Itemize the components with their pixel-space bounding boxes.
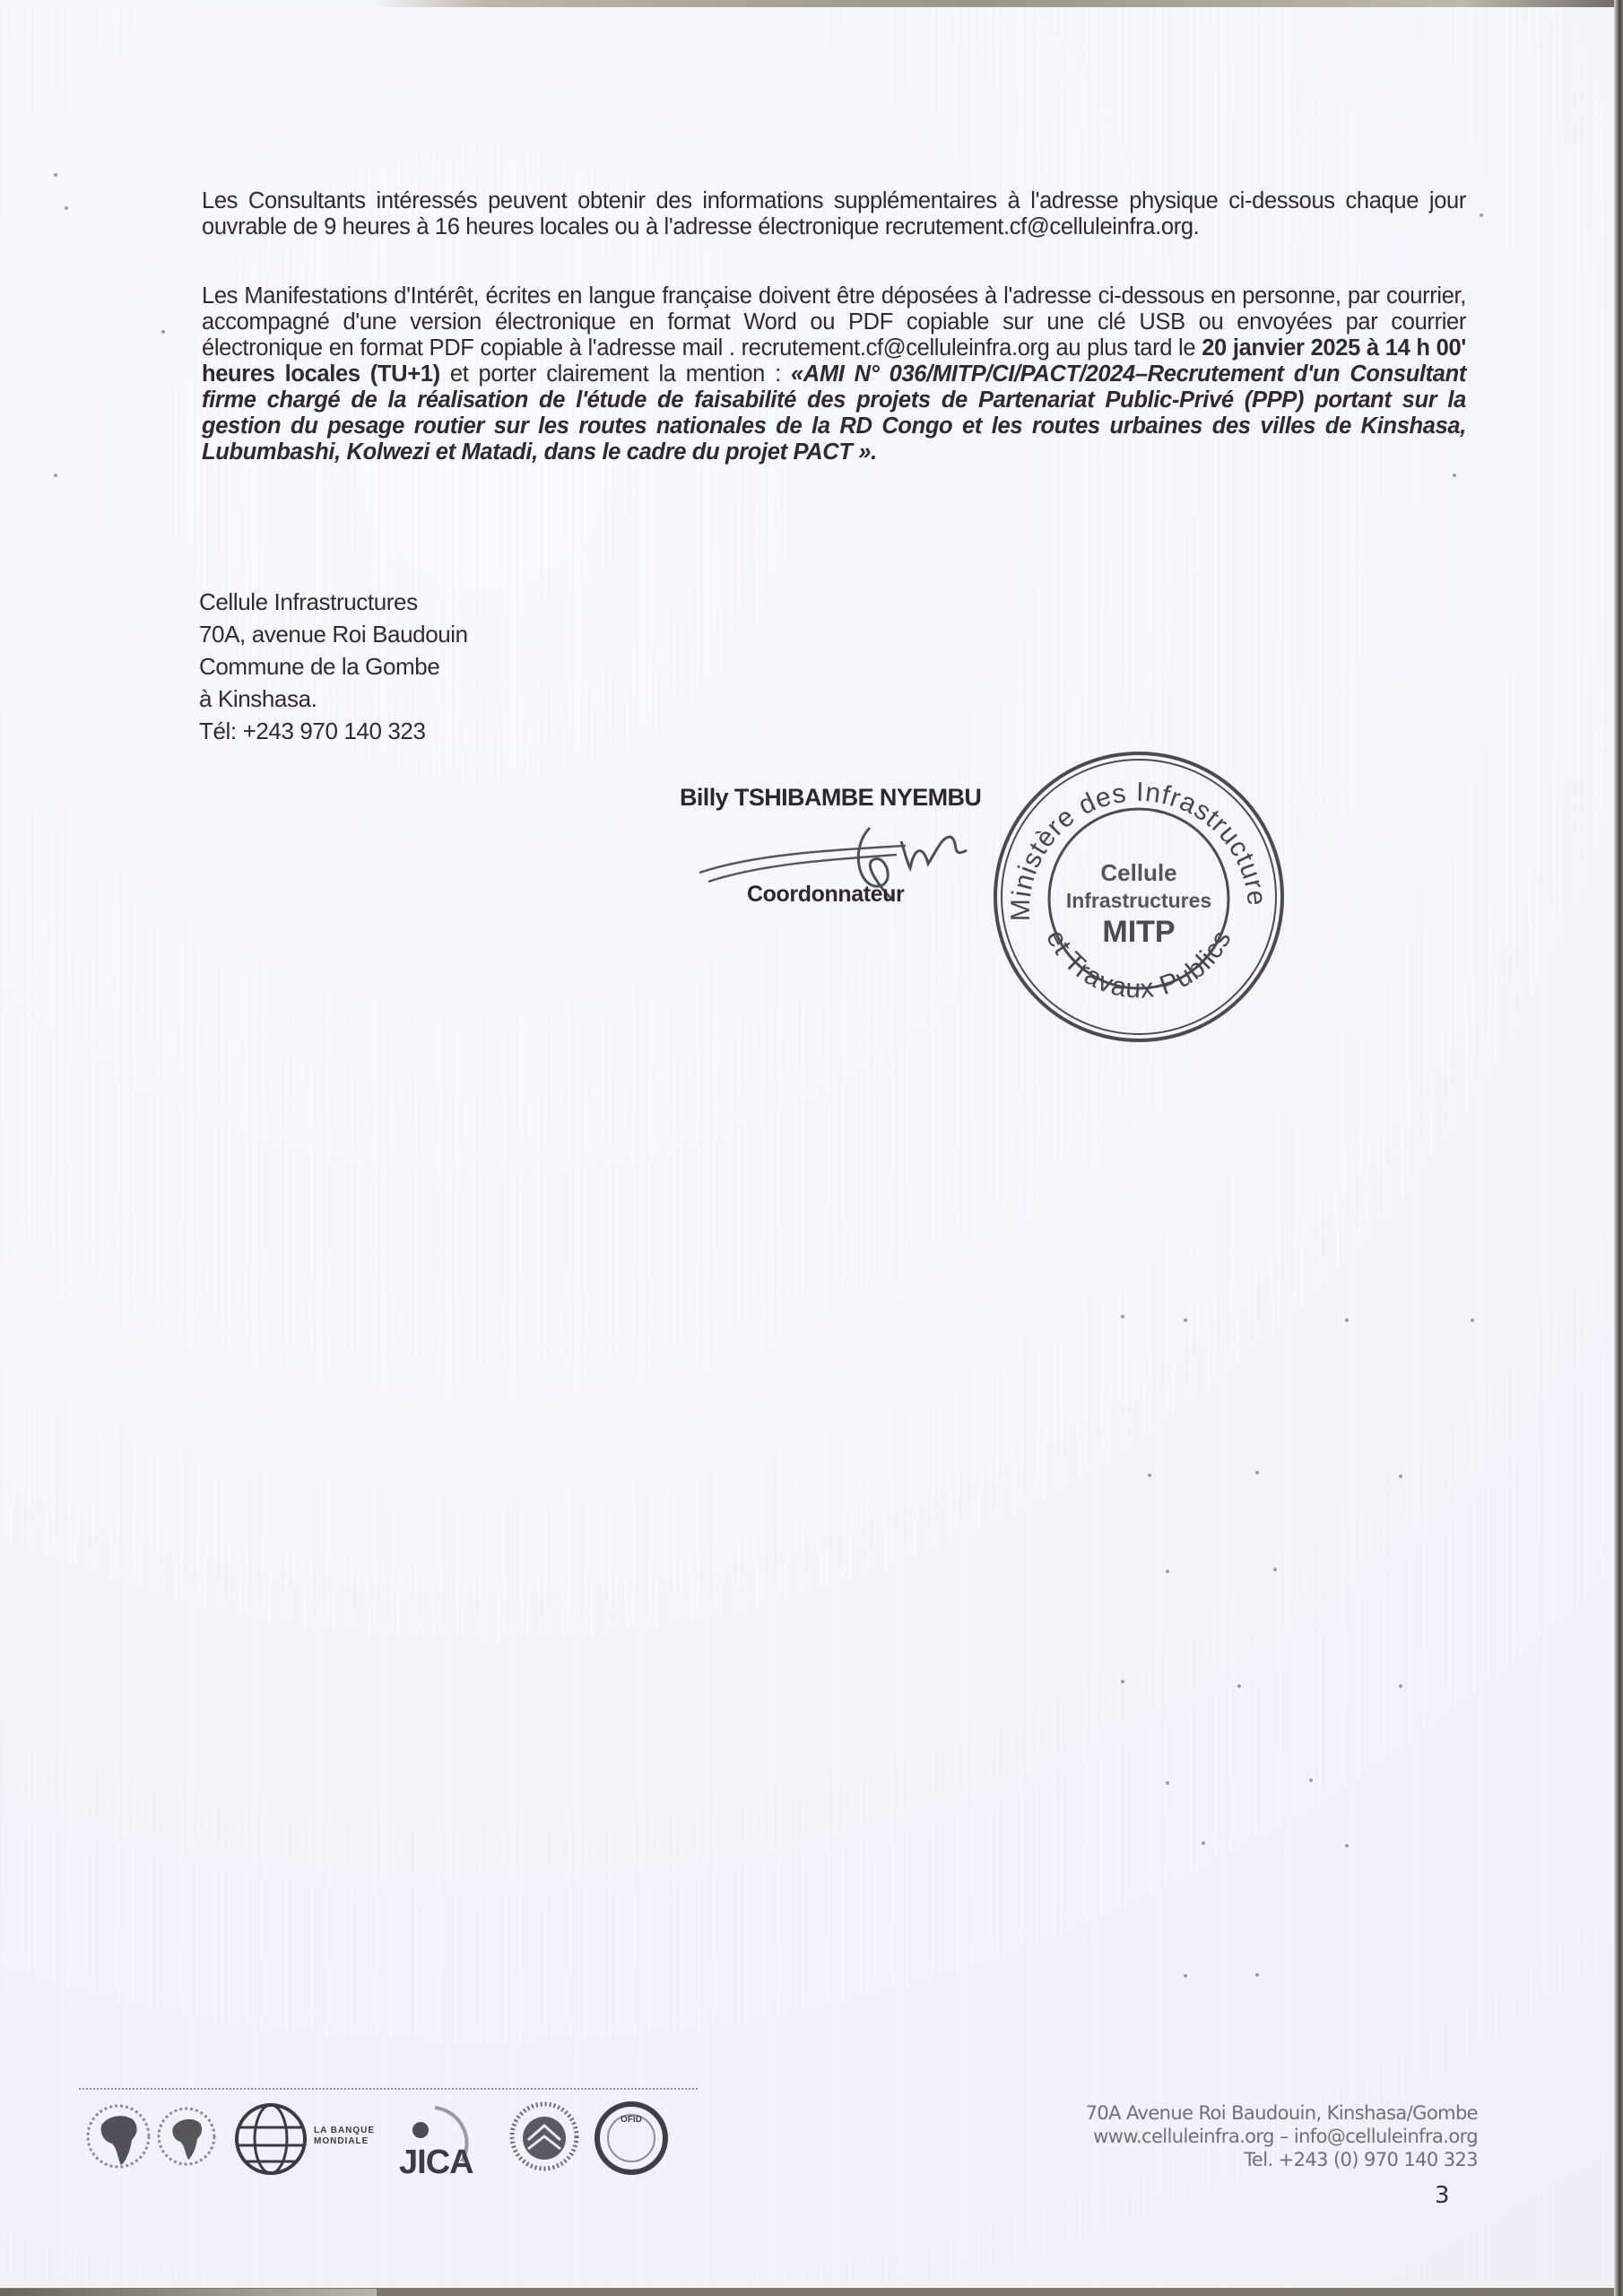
address-block: Cellule Infrastructures 70A, avenue Roi … (199, 586, 468, 747)
address-phone: Tél: +243 970 140 323 (199, 715, 468, 747)
stamp-inner-line-1: Cellule (1100, 859, 1176, 886)
footer-address: 70A Avenue Roi Baudouin, Kinshasa/Gombe (1086, 2101, 1478, 2125)
scan-bottom-edge (0, 2289, 377, 2296)
address-line: Commune de la Gombe (199, 650, 468, 683)
address-line: 70A, avenue Roi Baudouin (199, 618, 468, 650)
address-line: Cellule Infrastructures (199, 586, 468, 618)
page-number: 3 (1435, 2182, 1450, 2209)
footer-web-email: www.celluleinfra.org – info@celluleinfra… (1086, 2125, 1478, 2148)
footer-phone: Tel. +243 (0) 970 140 323 (1086, 2148, 1478, 2171)
african-development-fund-logo (155, 2099, 218, 2179)
signatory-title: Coordonnateur (747, 882, 904, 908)
stamp-inner-line-2: Infrastructures (1066, 889, 1211, 912)
world-bank-logo (230, 2099, 316, 2179)
document-page: Les Consultants intéressés peuvent obten… (0, 7, 1614, 2288)
submission-middle: et porter clairement la mention : (440, 361, 791, 387)
address-line: à Kinshasa. (199, 683, 468, 715)
badea-logo (507, 2099, 583, 2179)
african-development-bank-logo (85, 2099, 152, 2179)
footer-contact: 70A Avenue Roi Baudouin, Kinshasa/Gombe … (1086, 2101, 1478, 2171)
jica-label: JICA (399, 2144, 473, 2182)
stamp-inner-line-3: MITP (1102, 915, 1175, 949)
footer-divider (79, 2088, 698, 2090)
scan-right-edge (1614, 0, 1623, 2296)
svg-text:OFID: OFID (621, 2115, 642, 2125)
world-bank-label: LA BANQUE MONDIALE (314, 2126, 375, 2147)
partner-logos: LA BANQUE MONDIALE JICA OFID (85, 2099, 677, 2188)
opec-fund-logo: OFID (592, 2099, 673, 2179)
info-paragraph: Les Consultants intéressés peuvent obten… (202, 188, 1466, 240)
submission-paragraph: Les Manifestations d'Intérêt, écrites en… (202, 283, 1466, 465)
official-stamp: Ministère des Infrastructures et Travaux… (986, 744, 1291, 1049)
signatory-name: Billy TSHIBAMBE NYEMBU (680, 784, 981, 812)
